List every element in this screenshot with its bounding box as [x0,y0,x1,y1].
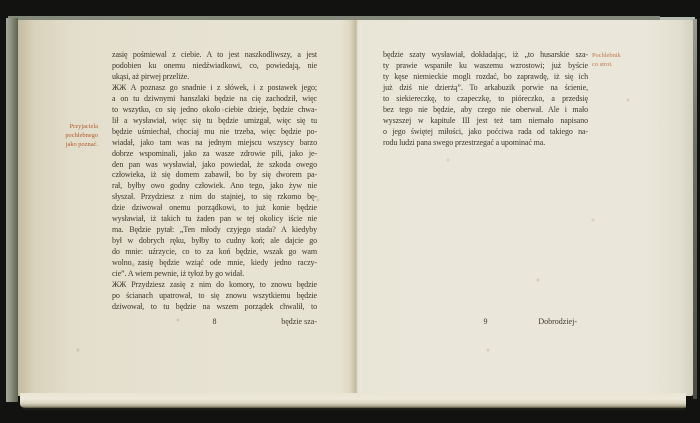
left-page-footer: 8 będzie sza- [112,316,317,327]
text-line: pochlebnego [38,131,98,140]
text-line: Przyjaciela [38,122,98,131]
right-page-footer: 9 Dobrodziej- [383,316,588,327]
book-gutter-shadow [349,20,363,396]
text-line: ty prawie wspaniłe ku waszemu wzrostowi;… [383,61,588,72]
open-book [6,16,697,411]
text-line: ty kęse niemieckie mogli rozdać, bo zapr… [383,72,588,83]
text-line: rodu ludzi pana swego przestrzegać a upo… [383,138,588,149]
left-page-catchword: będzie sza- [217,316,318,327]
text-line: człowieka, iż się domem zabawił, bo by s… [112,170,317,181]
text-line: dziwował, to tu będzie na wszem porządek… [112,302,317,313]
text-line: rał, byłby owo godny człowiek. Ano tego,… [112,181,317,192]
right-page-catchword: Dobrodziej- [488,316,589,327]
text-line: dobrze wspominali, jako za wasze zdrowie… [112,149,317,160]
text-line: do mnie: uźrzycie, co to za koń będzie, … [112,247,317,258]
photograph-background: { "colors": { "background": "#121211", "… [0,0,700,423]
text-line: ЖЖ Przydziesz zasię z nim do komory, to … [112,280,317,291]
text-line: wiadał, jako tam was na jednym miejscu w… [112,138,317,149]
text-line: o jego świętej miłości, jako poćciwa rad… [383,127,588,138]
footer-spacer [112,316,213,327]
footer-spacer [383,316,484,327]
text-line: Pochlebnik [592,51,654,60]
left-page-margin-note: Przyjacielapochlebnegojako poznać. [38,122,98,149]
text-line: jako poznać. [38,140,98,149]
text-line: będzie uśmiechał, chociaj mu nie trzeba,… [112,127,317,138]
text-line: już dziś nie dzierżą”. To arkabuzik porw… [383,83,588,94]
text-line: ukąsi, aż pirwej przeliże. [112,72,317,83]
text-line: co stroi. [592,60,654,69]
text-line: dzie dziwował onemu porządkowi, to już k… [112,203,317,214]
text-line: wysławiał, iż takich tu żaden pan w tej … [112,214,317,225]
text-line: słyszał. Przydziesz z nim do stajniej, t… [112,192,317,203]
right-page-margin-note: Pochlebnikco stroi. [592,51,654,69]
book-cover-right-edge [693,19,697,399]
text-line: podobien ku onemu niedźwiadkowi, co, pow… [112,61,317,72]
text-line: ЖЖ A poznasz go snadnie i z słówek, i z … [112,83,317,94]
text-line: wolno zasię będzie wziąć ode mnie, kiedy… [112,258,317,269]
text-line: to wszytko, co się jedno około ciebie dz… [112,105,317,116]
text-line: den pan was wysławiał, jako powiedał, że… [112,160,317,171]
text-line: a on tu dziwnymi hanszlaki będzie na cię… [112,94,317,105]
text-line: bez tego nie będzie, aby czego nie oberw… [383,105,588,116]
text-line: był w dobrych ręku, byłby to cudny koń; … [112,236,317,247]
text-line: po ścianach upatrował, to się znowu wszy… [112,291,317,302]
right-page-text-block: będzie szaty wysławiał, dokładając, iż „… [383,50,588,149]
text-line: lił a wysławiał, więc się tu będzie umiz… [112,116,317,127]
text-line: wyszszej w kapitule III jest też tam nie… [383,116,588,127]
text-line: zasię pośmiewal z ciebie. A to jest nasz… [112,50,317,61]
left-page-text-block: zasię pośmiewal z ciebie. A to jest nasz… [112,50,317,313]
book-cover-left-edge [6,18,18,402]
book-bottom-page-edges [20,393,686,410]
text-line: to siekiereczkę, to czapeczkę, to piórec… [383,94,588,105]
text-line: będzie szaty wysławiał, dokładając, iż „… [383,50,588,61]
text-line: ma. Będzie pytał: „Ten młody czyjego sta… [112,225,317,236]
text-line: cie”. A wiem pewnie, iż tyłoż by go wida… [112,269,317,280]
